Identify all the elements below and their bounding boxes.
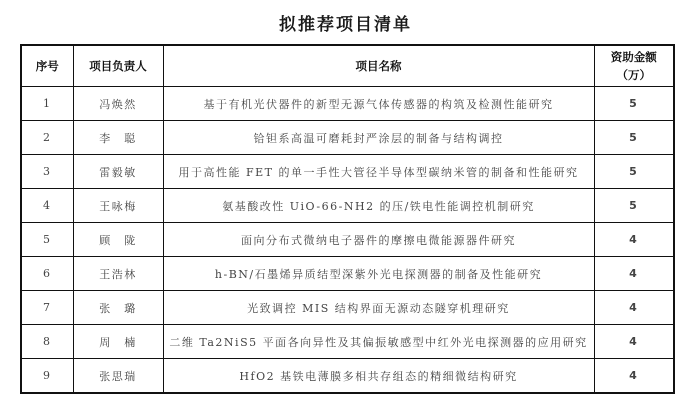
- document-title: 拟推荐项目清单: [0, 10, 691, 35]
- table-header-row: 序号 项目负责人 项目名称 资助金额 （万）: [21, 45, 674, 87]
- table-row: 3 雷毅敏 用于高性能 FET 的单一手性大管径半导体型碳纳米管的制备和性能研究…: [21, 155, 674, 189]
- cell-index: 8: [21, 325, 73, 359]
- cell-index: 2: [21, 121, 73, 155]
- cell-amount: 5: [594, 155, 674, 189]
- cell-index: 3: [21, 155, 73, 189]
- cell-project-name: h-BN/石墨烯异质结型深紫外光电探测器的制备及性能研究: [163, 257, 594, 291]
- cell-index: 5: [21, 223, 73, 257]
- cell-leader: 周 楠: [73, 325, 163, 359]
- cell-amount: 4: [594, 223, 674, 257]
- table-row: 8 周 楠 二维 Ta2NiS5 平面各向异性及其偏振敏感型中红外光电探测器的应…: [21, 325, 674, 359]
- cell-amount: 5: [594, 189, 674, 223]
- table-row: 9 张思瑞 HfO2 基铁电薄膜多相共存组态的精细微结构研究 4: [21, 359, 674, 394]
- cell-amount: 4: [594, 291, 674, 325]
- table-row: 1 冯焕然 基于有机光伏器件的新型无源气体传感器的构筑及检测性能研究 5: [21, 87, 674, 121]
- cell-project-name: 用于高性能 FET 的单一手性大管径半导体型碳纳米管的制备和性能研究: [163, 155, 594, 189]
- table-row: 5 顾 陇 面向分布式微纳电子器件的摩擦电微能源器件研究 4: [21, 223, 674, 257]
- cell-amount: 4: [594, 325, 674, 359]
- cell-project-name: HfO2 基铁电薄膜多相共存组态的精细微结构研究: [163, 359, 594, 394]
- cell-project-name: 铪钽系高温可磨耗封严涂层的制备与结构调控: [163, 121, 594, 155]
- cell-leader: 张 璐: [73, 291, 163, 325]
- cell-project-name: 光致调控 MIS 结构界面无源动态隧穿机理研究: [163, 291, 594, 325]
- cell-index: 1: [21, 87, 73, 121]
- header-amount-label: 资助金额: [595, 48, 674, 66]
- cell-leader: 王咏梅: [73, 189, 163, 223]
- cell-index: 4: [21, 189, 73, 223]
- table-row: 2 李 聪 铪钽系高温可磨耗封严涂层的制备与结构调控 5: [21, 121, 674, 155]
- table-row: 4 王咏梅 氨基酸改性 UiO-66-NH2 的压/铁电性能调控机制研究 5: [21, 189, 674, 223]
- project-list-table: 序号 项目负责人 项目名称 资助金额 （万） 1 冯焕然 基于有机光伏器件的新型…: [20, 44, 675, 394]
- header-leader: 项目负责人: [73, 45, 163, 87]
- cell-leader: 雷毅敏: [73, 155, 163, 189]
- header-project-name: 项目名称: [163, 45, 594, 87]
- cell-leader: 张思瑞: [73, 359, 163, 394]
- cell-project-name: 面向分布式微纳电子器件的摩擦电微能源器件研究: [163, 223, 594, 257]
- cell-index: 7: [21, 291, 73, 325]
- cell-project-name: 氨基酸改性 UiO-66-NH2 的压/铁电性能调控机制研究: [163, 189, 594, 223]
- table-row: 7 张 璐 光致调控 MIS 结构界面无源动态隧穿机理研究 4: [21, 291, 674, 325]
- header-index: 序号: [21, 45, 73, 87]
- cell-amount: 4: [594, 257, 674, 291]
- cell-leader: 冯焕然: [73, 87, 163, 121]
- cell-leader: 王浩林: [73, 257, 163, 291]
- cell-index: 6: [21, 257, 73, 291]
- header-amount: 资助金额 （万）: [594, 45, 674, 87]
- cell-amount: 5: [594, 87, 674, 121]
- header-amount-unit: （万）: [595, 66, 674, 84]
- cell-leader: 李 聪: [73, 121, 163, 155]
- cell-project-name: 基于有机光伏器件的新型无源气体传感器的构筑及检测性能研究: [163, 87, 594, 121]
- cell-project-name: 二维 Ta2NiS5 平面各向异性及其偏振敏感型中红外光电探测器的应用研究: [163, 325, 594, 359]
- table-row: 6 王浩林 h-BN/石墨烯异质结型深紫外光电探测器的制备及性能研究 4: [21, 257, 674, 291]
- cell-leader: 顾 陇: [73, 223, 163, 257]
- cell-amount: 4: [594, 359, 674, 394]
- cell-index: 9: [21, 359, 73, 394]
- cell-amount: 5: [594, 121, 674, 155]
